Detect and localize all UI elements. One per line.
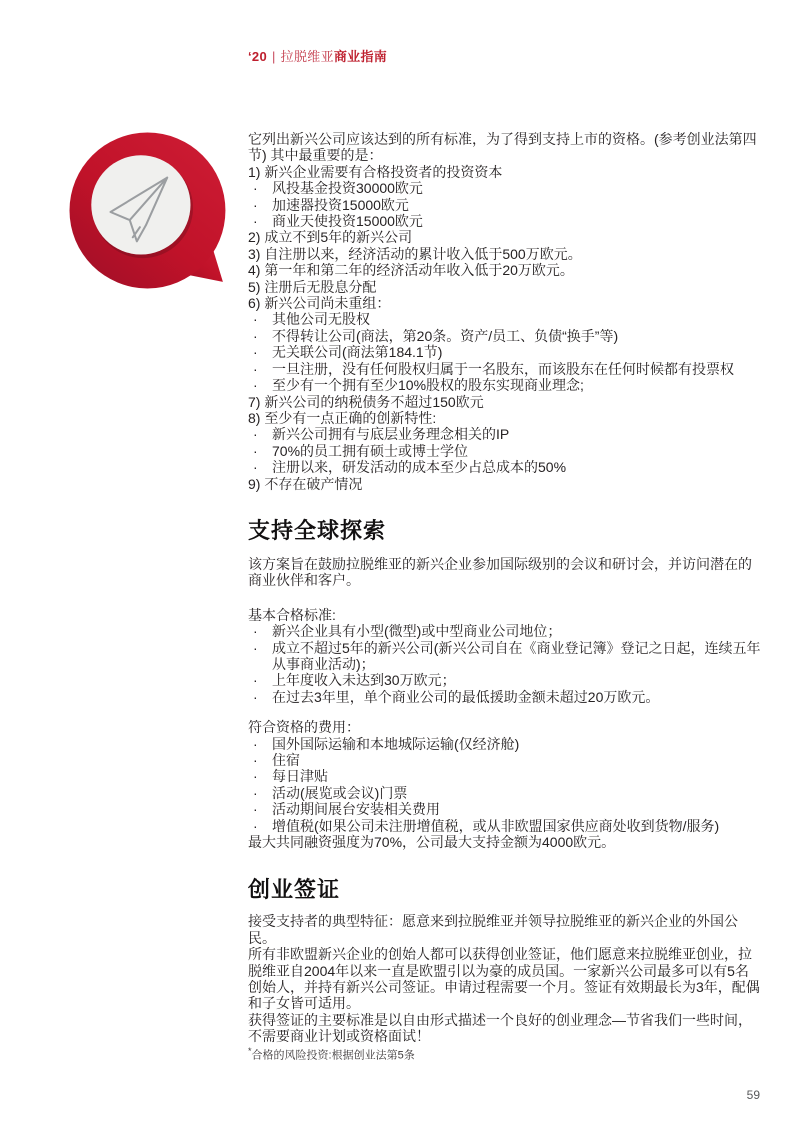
list-item-text: 每日津贴: [272, 768, 762, 784]
bullet-marker: ·: [248, 768, 272, 784]
list-item-text: 3) 自注册以来，经济活动的累计收入低于500万欧元。: [248, 246, 762, 262]
bullet-marker: ·: [248, 459, 272, 475]
list-item-text: 70%的员工拥有硕士或博士学位: [272, 443, 762, 459]
paper-plane-bubble-svg: [69, 132, 231, 292]
list-item-text: 9) 不存在破产情况: [248, 476, 762, 492]
list-item-text: 风投基金投资30000欧元: [272, 180, 762, 196]
section-heading-support-global-exploration: 支持全球探索: [248, 518, 762, 544]
list-item: · 在过去3年里，单个商业公司的最低援助金额未超过20万欧元。: [248, 689, 762, 705]
list-item: · 其他公司无股权: [248, 311, 762, 327]
footnote-text: 合格的风险投资:根据创业法第5条: [252, 1049, 415, 1061]
page-number: 59: [747, 1088, 760, 1102]
list-item-text: 5) 注册后无股息分配: [248, 279, 762, 295]
bullet-marker: ·: [248, 377, 272, 393]
header-title-regular: 拉脱维亚: [281, 49, 334, 64]
section-heading-startup-visa: 创业签证: [248, 877, 762, 903]
bullet-marker: ·: [248, 344, 272, 360]
list-item-text: 6) 新兴公司尚未重组：: [248, 295, 762, 311]
inner-disc: [91, 155, 190, 254]
intro-list: 1) 新兴企业需要有合格投资者的投资资本 · 风投基金投资30000欧元 · 加…: [248, 164, 762, 492]
bullet-marker: ·: [248, 801, 272, 817]
list-item: 7) 新兴公司的纳税债务不超过150欧元: [248, 394, 762, 410]
list-item: 6) 新兴公司尚未重组：: [248, 295, 762, 311]
list-item-text: 增值税(如果公司未注册增值税，或从非欧盟国家供应商处收到货物/服务): [272, 818, 762, 834]
group-label: 基本合格标准:: [248, 607, 762, 623]
bullet-marker: ·: [248, 328, 272, 344]
list-item: · 不得转让公司(商法，第20条。资产/员工、负债“换手”等): [248, 328, 762, 344]
cofinancing-note: 最大共同融资强度为70%，公司最大支持金额为4000欧元。: [248, 834, 762, 850]
list-item: · 活动(展览或会议)门票: [248, 785, 762, 801]
list-item: · 国外国际运输和本地城际运输(仅经济舱): [248, 736, 762, 752]
list-item-text: 不得转让公司(商法，第20条。资产/员工、负债“换手”等): [272, 328, 762, 344]
bullet-marker: ·: [248, 361, 272, 377]
basic-eligibility-list: · 新兴企业具有小型(微型)或中型商业公司地位； · 成立不超过5年的新兴公司(…: [248, 623, 762, 705]
header-title-bold: 商业指南: [334, 49, 387, 64]
list-item: · 上年度收入未达到30万欧元；: [248, 672, 762, 688]
list-item: · 无关联公司(商法第184.1节): [248, 344, 762, 360]
list-item-text: 活动(展览或会议)门票: [272, 785, 762, 801]
list-item: · 成立不超过5年的新兴公司(新兴公司自在《商业登记簿》登记之日起，连续五年从事…: [248, 640, 762, 673]
list-item: · 70%的员工拥有硕士或博士学位: [248, 443, 762, 459]
list-item: 4) 第一年和第二年的经济活动年收入低于20万欧元。: [248, 262, 762, 278]
global-exploration-paragraph: 该方案旨在鼓励拉脱维亚的新兴企业参加国际级别的会议和研讨会，并访问潜在的商业伙伴…: [248, 556, 762, 589]
visa-paragraph-1: 接受支持者的典型特征：愿意来到拉脱维亚并领导拉脱维亚的新兴企业的外国公民。: [248, 913, 762, 946]
list-item-text: 7) 新兴公司的纳税债务不超过150欧元: [248, 394, 762, 410]
list-item-text: 加速器投资15000欧元: [272, 197, 762, 213]
bullet-marker: ·: [248, 426, 272, 442]
footnote: *合格的风险投资:根据创业法第5条: [248, 1045, 762, 1063]
bullet-marker: ·: [248, 785, 272, 801]
bullet-marker: ·: [248, 736, 272, 752]
bullet-marker: ·: [248, 672, 272, 688]
list-item-text: 新兴企业具有小型(微型)或中型商业公司地位；: [272, 623, 762, 639]
list-item: 1) 新兴企业需要有合格投资者的投资资本: [248, 164, 762, 180]
list-item: · 每日津贴: [248, 768, 762, 784]
bullet-marker: ·: [248, 689, 272, 705]
list-item: 8) 至少有一点正确的创新特性:: [248, 410, 762, 426]
bullet-marker: ·: [248, 197, 272, 213]
list-item-text: 至少有一个拥有至少10%股权的股东实现商业理念;: [272, 377, 762, 393]
list-item-text: 商业天使投资15000欧元: [272, 213, 762, 229]
list-item-text: 在过去3年里，单个商业公司的最低援助金额未超过20万欧元。: [272, 689, 762, 705]
bullet-marker: ·: [248, 180, 272, 196]
group-label: 符合资格的费用：: [248, 719, 762, 735]
list-item: · 商业天使投资15000欧元: [248, 213, 762, 229]
list-item-text: 上年度收入未达到30万欧元；: [272, 672, 762, 688]
list-item-text: 活动期间展台安装相关费用: [272, 801, 762, 817]
page-header: ‘20|拉脱维亚商业指南: [248, 49, 387, 64]
page-content: 它列出新兴公司应该达到的所有标准，为了得到支持上市的资格。(参考创业法第四节) …: [248, 131, 762, 1062]
visa-paragraph-3: 获得签证的主要标准是以自由形式描述一个良好的创业理念—节省我们一些时间，不需要商…: [248, 1012, 762, 1045]
list-item: 9) 不存在破产情况: [248, 476, 762, 492]
list-item: 5) 注册后无股息分配: [248, 279, 762, 295]
bullet-marker: ·: [248, 213, 272, 229]
list-item-text: 1) 新兴企业需要有合格投资者的投资资本: [248, 164, 762, 180]
bullet-marker: ·: [248, 752, 272, 768]
list-item: · 风投基金投资30000欧元: [248, 180, 762, 196]
list-item: · 住宿: [248, 752, 762, 768]
bullet-marker: ·: [248, 818, 272, 834]
header-separator: |: [272, 49, 276, 64]
list-item: · 至少有一个拥有至少10%股权的股东实现商业理念;: [248, 377, 762, 393]
list-item-text: 无关联公司(商法第184.1节): [272, 344, 762, 360]
list-item-text: 8) 至少有一点正确的创新特性:: [248, 410, 762, 426]
list-item-text: 2) 成立不到5年的新兴公司: [248, 229, 762, 245]
list-item: 2) 成立不到5年的新兴公司: [248, 229, 762, 245]
list-item-text: 其他公司无股权: [272, 311, 762, 327]
paper-plane-bubble-icon: [69, 132, 231, 292]
list-item-text: 注册以来，研发活动的成本至少占总成本的50%: [272, 459, 762, 475]
list-item: · 加速器投资15000欧元: [248, 197, 762, 213]
bullet-marker: ·: [248, 311, 272, 327]
list-item: 3) 自注册以来，经济活动的累计收入低于500万欧元。: [248, 246, 762, 262]
bullet-marker: ·: [248, 443, 272, 459]
header-year: ‘20: [248, 49, 267, 64]
list-item-text: 住宿: [272, 752, 762, 768]
list-item: · 新兴公司拥有与底层业务理念相关的IP: [248, 426, 762, 442]
list-item: · 活动期间展台安装相关费用: [248, 801, 762, 817]
visa-paragraph-2: 所有非欧盟新兴企业的创始人都可以获得创业签证，他们愿意来拉脱维亚创业，拉脱维亚自…: [248, 946, 762, 1012]
list-item-text: 国外国际运输和本地城际运输(仅经济舱): [272, 736, 762, 752]
basic-eligibility-group: 基本合格标准: · 新兴企业具有小型(微型)或中型商业公司地位； · 成立不超过…: [248, 607, 762, 705]
eligible-costs-list: · 国外国际运输和本地城际运输(仅经济舱) · 住宿 · 每日津贴 · 活动(展…: [248, 736, 762, 834]
list-item: · 注册以来，研发活动的成本至少占总成本的50%: [248, 459, 762, 475]
list-item-text: 成立不超过5年的新兴公司(新兴公司自在《商业登记簿》登记之日起，连续五年从事商业…: [272, 640, 762, 673]
bullet-marker: ·: [248, 623, 272, 639]
list-item: · 增值税(如果公司未注册增值税，或从非欧盟国家供应商处收到货物/服务): [248, 818, 762, 834]
list-item: · 一旦注册，没有任何股权归属于一名股东，而该股东在任何时候都有投票权: [248, 361, 762, 377]
list-item: · 新兴企业具有小型(微型)或中型商业公司地位；: [248, 623, 762, 639]
list-item-text: 新兴公司拥有与底层业务理念相关的IP: [272, 426, 762, 442]
bullet-marker: ·: [248, 640, 272, 673]
list-item-text: 4) 第一年和第二年的经济活动年收入低于20万欧元。: [248, 262, 762, 278]
list-item-text: 一旦注册，没有任何股权归属于一名股东，而该股东在任何时候都有投票权: [272, 361, 762, 377]
intro-paragraph: 它列出新兴公司应该达到的所有标准，为了得到支持上市的资格。(参考创业法第四节) …: [248, 131, 762, 164]
eligible-costs-group: 符合资格的费用： · 国外国际运输和本地城际运输(仅经济舱) · 住宿 · 每日…: [248, 719, 762, 850]
